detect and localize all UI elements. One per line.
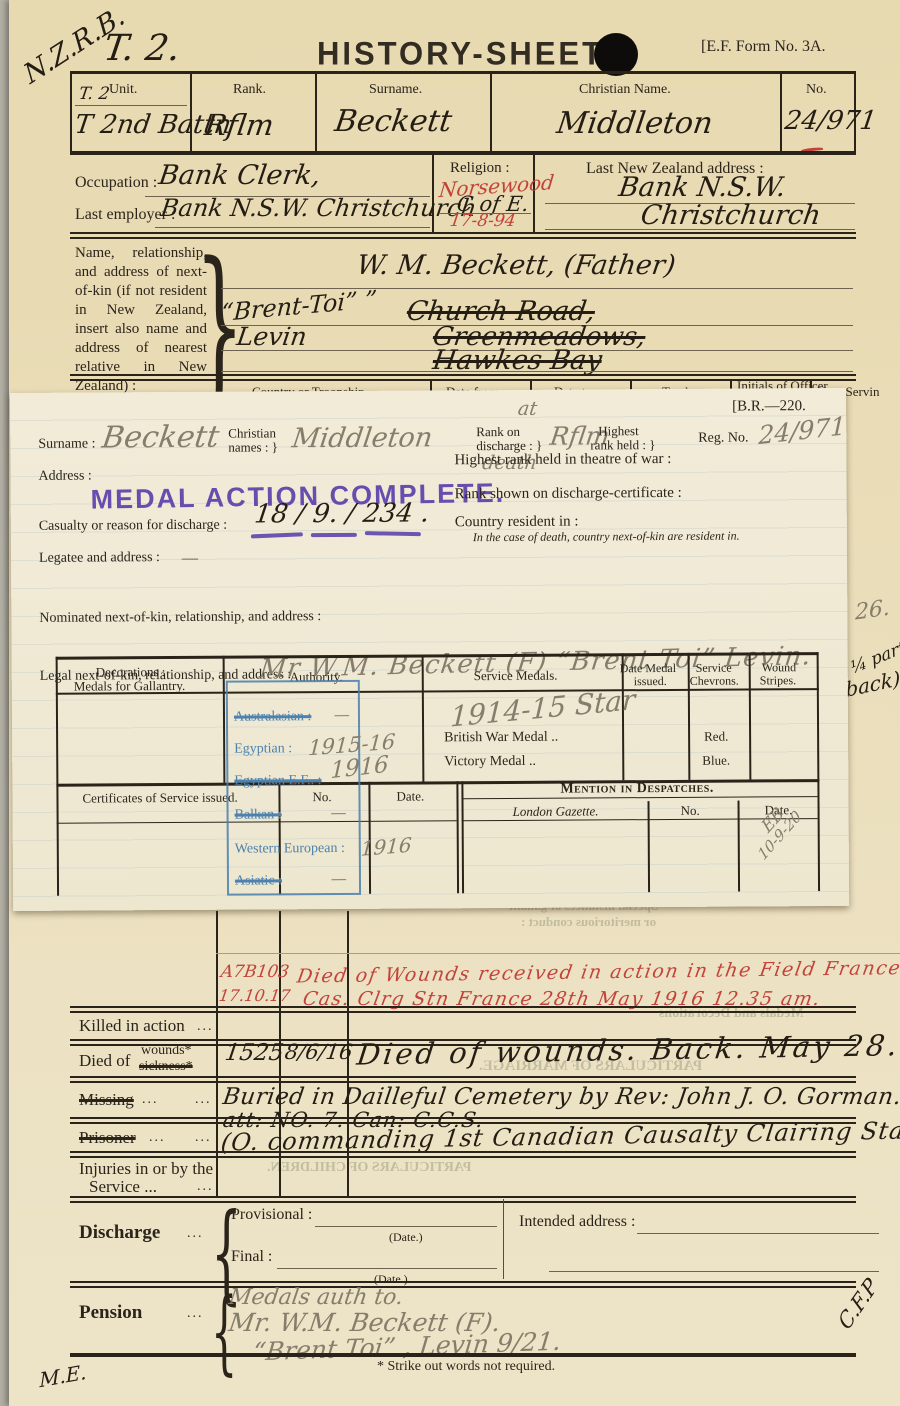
col-header-rank: Rank. [233,82,266,98]
cert-issued-header: Certificates of Service issued. [82,790,237,807]
prisoner-label-struck: Prisoner [79,1128,136,1148]
cert-col-border [738,801,741,892]
bleed-through-text: PARTICULARS OF CHILDREN. [267,1160,471,1176]
br-surname-label: Surname : [38,436,95,452]
pension-label: Pension [79,1302,142,1324]
br-reg-no-value: 24/971 [758,411,846,450]
ink-blot-dot [594,33,638,76]
section-rule [70,1151,856,1158]
section-rule [70,1281,856,1288]
nz-address-underline2 [545,229,855,230]
section-rule [70,1196,856,1203]
title-rule [70,71,856,74]
nok-line3a-value: Levin [235,322,309,351]
leader-dots: ... [149,1130,166,1146]
died-sickness-option-struck: sickness* [139,1059,193,1075]
discharge-divider [503,1199,504,1279]
scanned-document-page: N.Z.R.B. T. 2. HISTORY-SHEET. [E.F. Form… [0,0,900,1406]
leader-dots: ... [187,1306,204,1322]
strike-out-footnote: * Strike out words not required. [377,1359,555,1375]
died-of-label: Died of [79,1051,130,1071]
form-number: [E.F. Form No. 3A. [701,38,826,56]
provisional-date-caption: (Date.) [389,1230,423,1245]
series-annotation: T. 2. [101,28,183,69]
table-border [490,74,492,154]
red-ref-date: 17.10.17 [218,986,292,1005]
br-legatee-value: — [180,548,201,569]
br-address-label: Address : [38,469,91,485]
nz-address-line1: Bank N.S.W. [617,172,788,203]
cert-double-border [456,781,459,893]
stamp-egyptian-label: Egyptian : [234,741,292,757]
final-underline [277,1268,497,1269]
section-rule [70,1076,856,1083]
br-christian-label2: names : } [228,439,278,455]
unit-note-value: T. 2 [78,84,111,104]
table-border [70,74,72,154]
rank-value: Rflm [203,108,276,142]
occupation-value: Bank Clerk, [157,160,323,191]
unit-note-underline [75,105,187,106]
intended-address-underline1 [637,1233,879,1234]
stamp-balkan-value: — [329,803,348,822]
employer-value: Bank N.S.W. Christchurch [159,194,478,222]
leader-dots: ... [195,1130,212,1146]
stamp-western-european-value: 1916 [360,833,412,861]
medals-col-chevrons-header2: Chevrons. [690,674,739,689]
london-gazette-header: London Gazette. [513,803,599,820]
br-theatre-rank-label: Highest rank held in theatre of war : [454,451,671,469]
final-label: Final : [231,1248,272,1266]
br-discharge-cert-label: Rank shown on discharge-certificate : [455,485,682,503]
cert-col-border [56,784,59,896]
cert-date-header: Date. [396,788,424,804]
british-war-medal-row: British War Medal .. [444,730,558,747]
red-ref-code: A7B103 [220,962,291,982]
br-form-number: [B.R.—220. [732,398,806,415]
br-country-note: In the case of death, country next-of-ki… [473,529,740,546]
service-number-value: 24/971 [783,106,879,136]
bleed-through-text: or meritorious conduct : [521,914,656,930]
stamp-egyptian-ef-value: 1916 [330,752,389,785]
mention-despatches-header: Mention in Despatches. [560,781,713,798]
red-casualty-line1: Died of Wounds received in action in the… [295,954,900,987]
died-wounds-option: wounds* [141,1043,192,1059]
purple-scribble [251,532,303,538]
section-rule [70,1006,856,1013]
killed-in-action-label: Killed in action [79,1016,185,1036]
stamp-australasian-value: — [333,705,352,724]
nz-address-line2: Christchurch [639,200,823,231]
col-header-surname: Surname. [369,82,422,98]
christian-name-value: Middleton [555,106,715,141]
br-surname-value: Beckett [100,420,221,456]
pension-note-line1: Medals auth to. [227,1285,405,1310]
leader-dots: ... [142,1092,159,1108]
leader-dots: ... [197,1019,214,1035]
cert-col-border [817,779,820,891]
died-date-value: 8/6/16 [283,1040,354,1064]
stamp-egyptian-ef-label-struck: Egyptian E.F.. : [234,773,321,790]
col-header-unit: Unit. [109,82,137,98]
religion-date-red: 17-8-94 [449,211,517,231]
stamp-western-european-label: Western European : [235,841,345,858]
br-legatee-label: Legatee and address : [39,550,160,567]
br-reg-no-label: Reg. No. [698,430,748,446]
br-casualty-label: Casualty or reason for discharge : [39,518,227,535]
surname-value: Beckett [333,104,455,139]
medals-col-service-header: Service Medals. [474,668,558,685]
intended-address-underline2 [549,1271,879,1272]
br-christian-value: Middleton [290,422,434,454]
leader-dots: ... [195,1092,212,1108]
injuries-label-line2: Service ... [89,1177,157,1197]
medals-col-border [817,652,820,779]
provisional-underline [315,1226,497,1227]
chevron-blue-value: Blue. [702,753,730,769]
purple-scribble [311,533,357,537]
col-header-christian-name: Christian Name. [579,82,671,98]
victory-medal-row: Victory Medal .. [444,754,536,771]
br-nominated-nok-label: Nominated next-of-kin, relationship, and… [39,609,321,627]
col-header-number: No. [806,82,827,98]
page-title: HISTORY-SHEET. [317,35,612,73]
leader-dots: ... [187,1226,204,1242]
table-border [780,74,782,154]
missing-label-struck: Missing [79,1090,134,1110]
stamp-australasian-label-struck: Australasian : [234,709,311,725]
burial-value-line1: Buried in Dailleful Cemetery by Rev: Joh… [221,1084,900,1110]
medals-col-wound-header2: Stripes. [760,673,796,688]
table-border [315,74,317,154]
table-bottom-rule [70,151,856,155]
discharge-label: Discharge [79,1222,160,1244]
died-reference-number: 1525 [223,1040,285,1066]
margin-note-26: 26. [855,595,890,625]
clerk-initials: M.E. [39,1360,87,1393]
stamp-asiatic-value: — [330,869,349,888]
mention-no-header: No. [681,803,700,819]
occupation-label: Occupation : [75,174,157,192]
record-row-line [216,953,900,954]
br-casualty-value: 18 / 9. / 234 . [253,498,432,529]
stamp-balkan-label-struck: Balkan : [235,807,282,823]
bottom-rule [70,1353,856,1357]
section-rule [70,232,856,239]
nok-line1-value: W. M. Beckett, (Father) [355,250,678,281]
provisional-label: Provisional : [231,1206,312,1224]
chevron-red-value: Red. [704,729,728,745]
br-country-label: Country resident in : [455,514,579,532]
purple-scribble [365,531,421,536]
died-of-wounds-value: Died of wounds. Back. May 28. 1916 [355,1026,900,1071]
mention-header-underline [461,796,817,799]
nok-underline4 [221,371,853,372]
stamp-asiatic-label-struck: Asiatic : [235,873,282,889]
nok-underline1 [221,288,853,289]
cert-col-border [648,801,651,892]
br220-overlay-paper: [B.R.—220. Surname : Beckett Christian n… [10,388,849,911]
medals-col-issued-header2: issued. [634,674,667,689]
br-rank-note-at: at [517,398,539,420]
injuries-label-line1: Injuries in or by the [79,1159,213,1179]
intended-address-label: Intended address : [519,1213,635,1231]
